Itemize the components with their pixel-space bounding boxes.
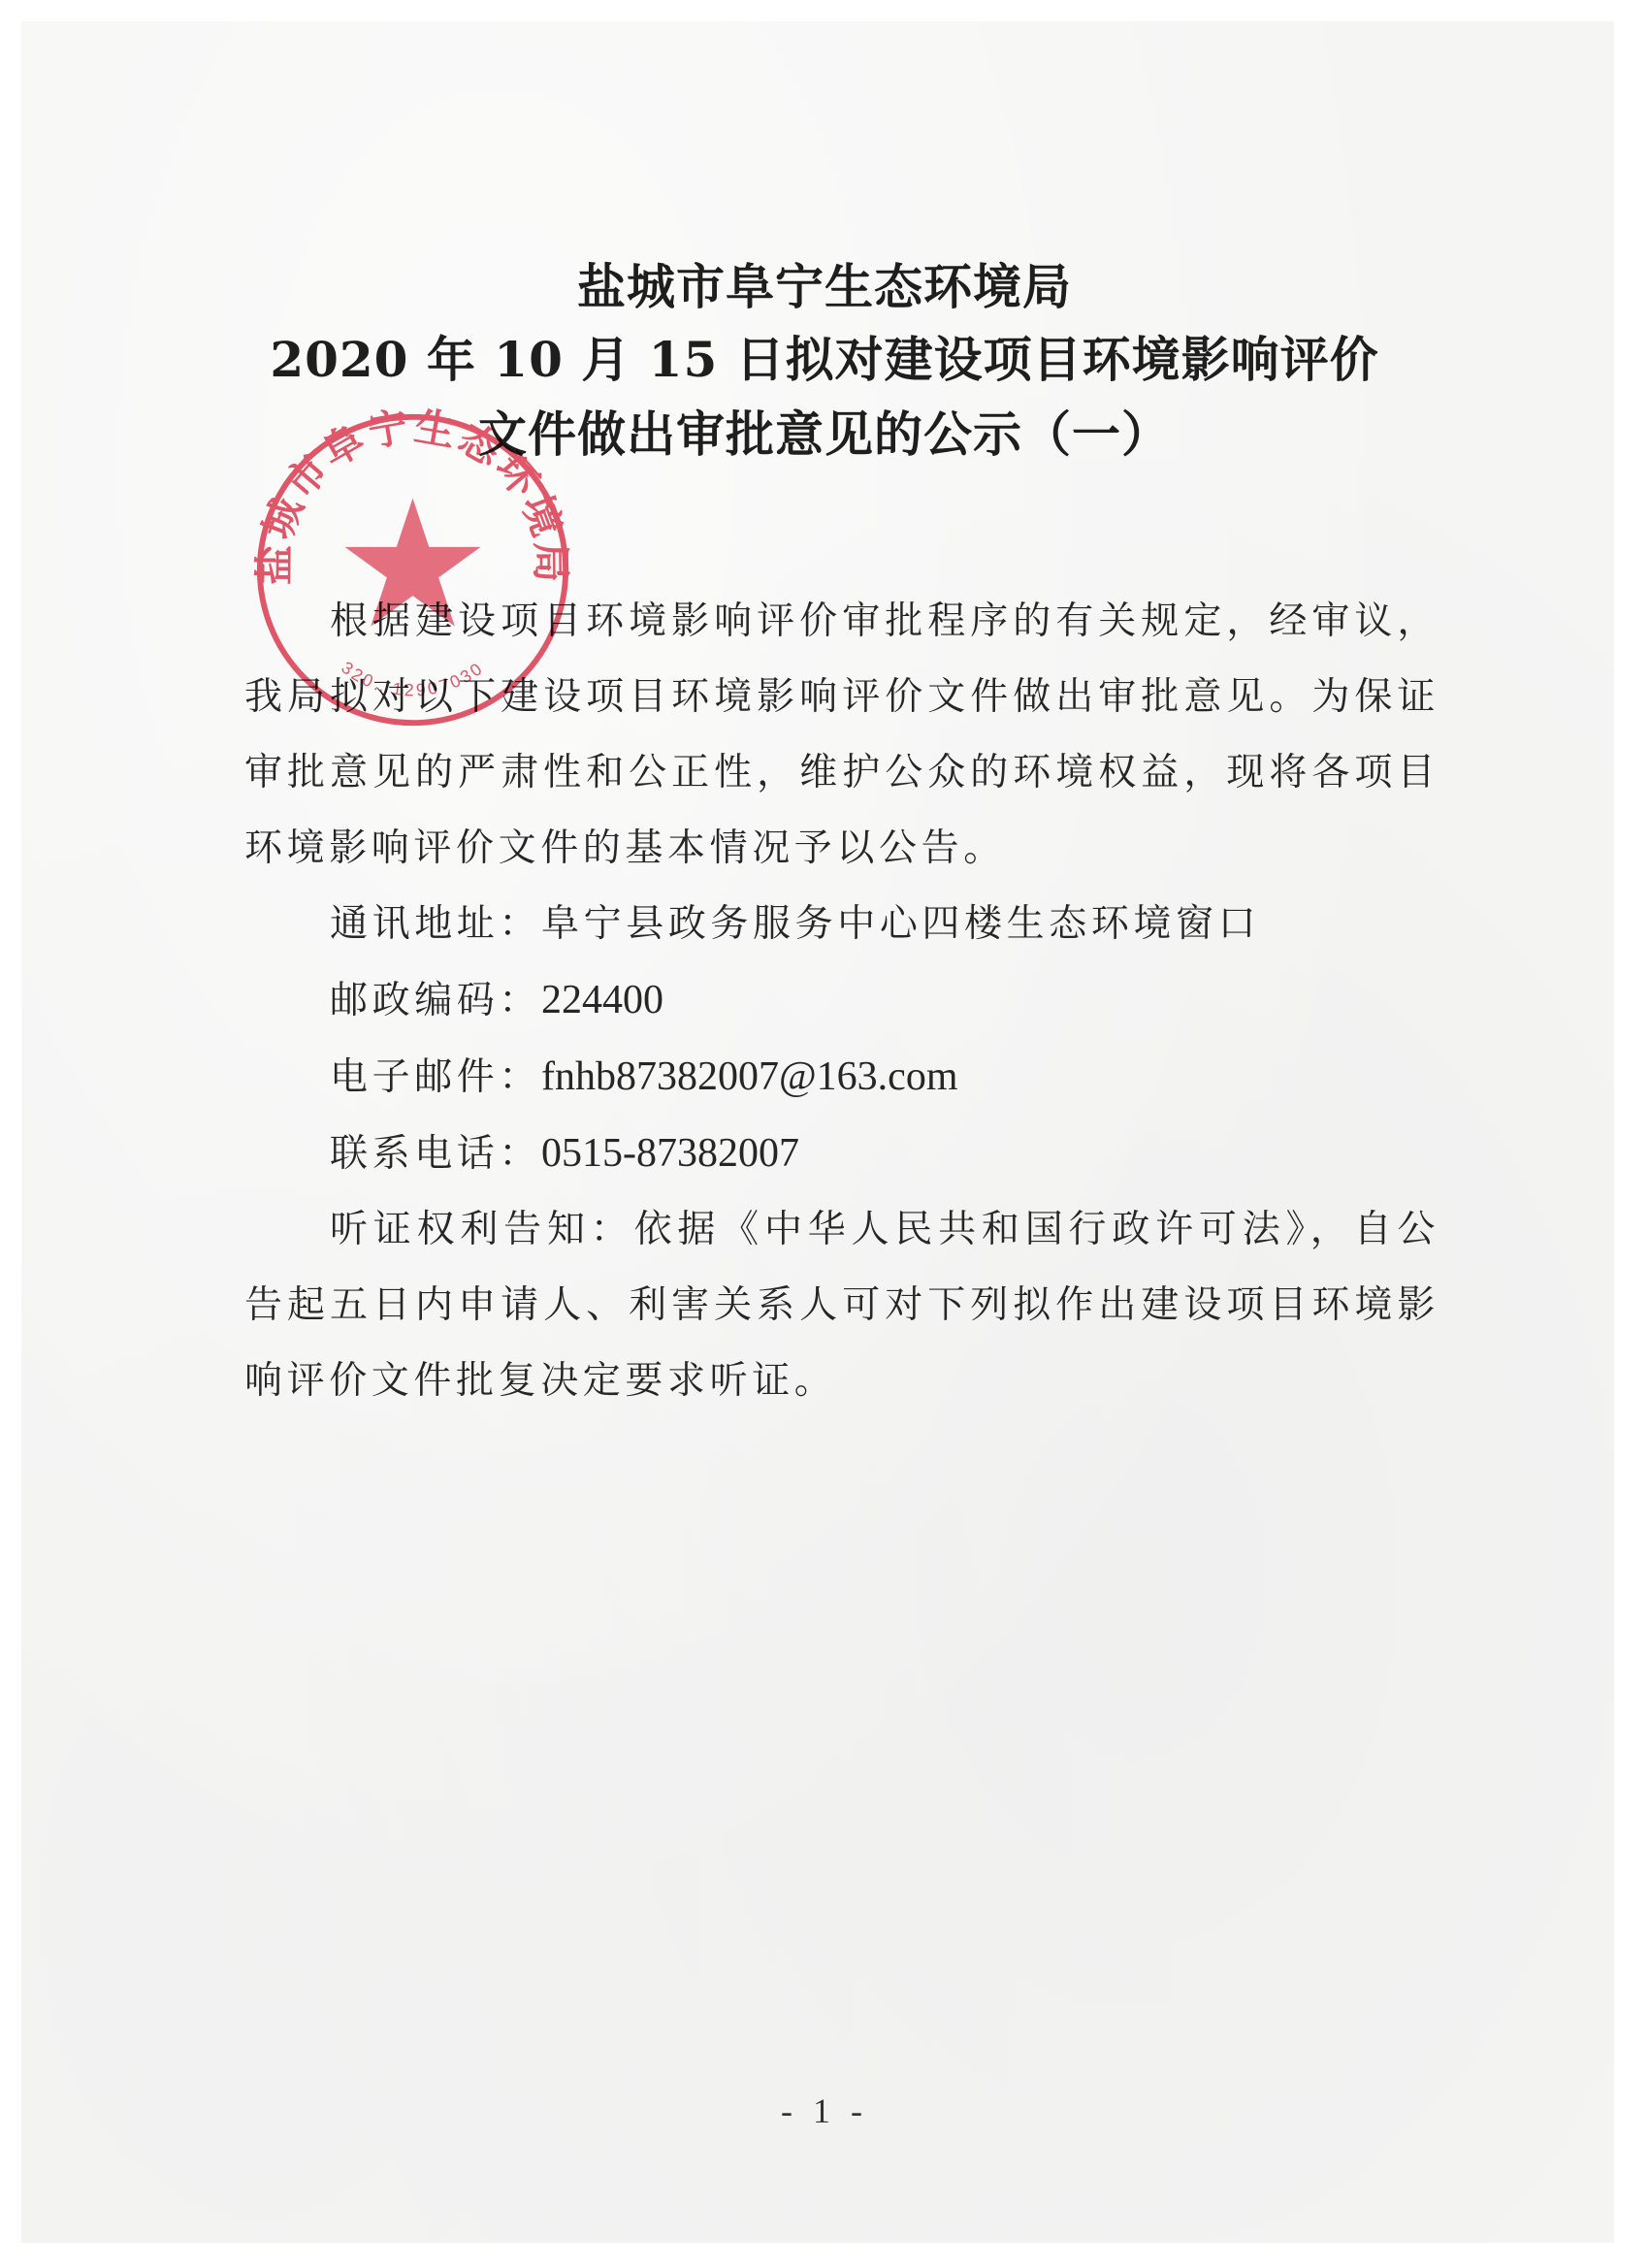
hearing-notice-paragraph: 听证权利告知：依据《中华人民共和国行政许可法》，自公告起五日内申请人、利害关系人…: [244, 1192, 1439, 1419]
contact-postcode-value: 224400: [541, 978, 663, 1022]
contact-email-label: 电子邮件：: [330, 1055, 541, 1099]
contact-postcode-label: 邮政编码：: [330, 979, 541, 1022]
contact-postcode: 邮政编码：224400: [244, 962, 1439, 1039]
contact-address-label: 通讯地址：: [330, 902, 541, 946]
contact-email: 电子邮件：fnhb87382007@163.com: [244, 1039, 1439, 1116]
official-seal-icon: 盐城市阜宁生态环境局 320…12907030: [250, 407, 575, 732]
contact-phone: 联系电话：0515-87382007: [244, 1116, 1439, 1192]
svg-text:320…12907030: 320…12907030: [338, 658, 487, 700]
contact-email-value: fnhb87382007@163.com: [541, 1054, 957, 1099]
page-number: - 1 -: [0, 2090, 1649, 2131]
seal-number-text: 320…12907030: [338, 658, 487, 700]
star-icon: [345, 499, 481, 627]
title-line-3: 文件做出审批意见的公示（一）: [0, 398, 1649, 470]
title-line-2: 2020 年 10 月 15 日拟对建设项目环境影响评价: [0, 323, 1649, 396]
title-line-1: 盐城市阜宁生态环境局: [0, 250, 1649, 323]
contact-phone-value: 0515-87382007: [541, 1131, 799, 1176]
contact-address-value: 阜宁县政务服务中心四楼生态环境窗口: [541, 902, 1260, 946]
contact-address: 通讯地址：阜宁县政务服务中心四楼生态环境窗口: [244, 887, 1439, 962]
contact-phone-label: 联系电话：: [330, 1132, 541, 1176]
